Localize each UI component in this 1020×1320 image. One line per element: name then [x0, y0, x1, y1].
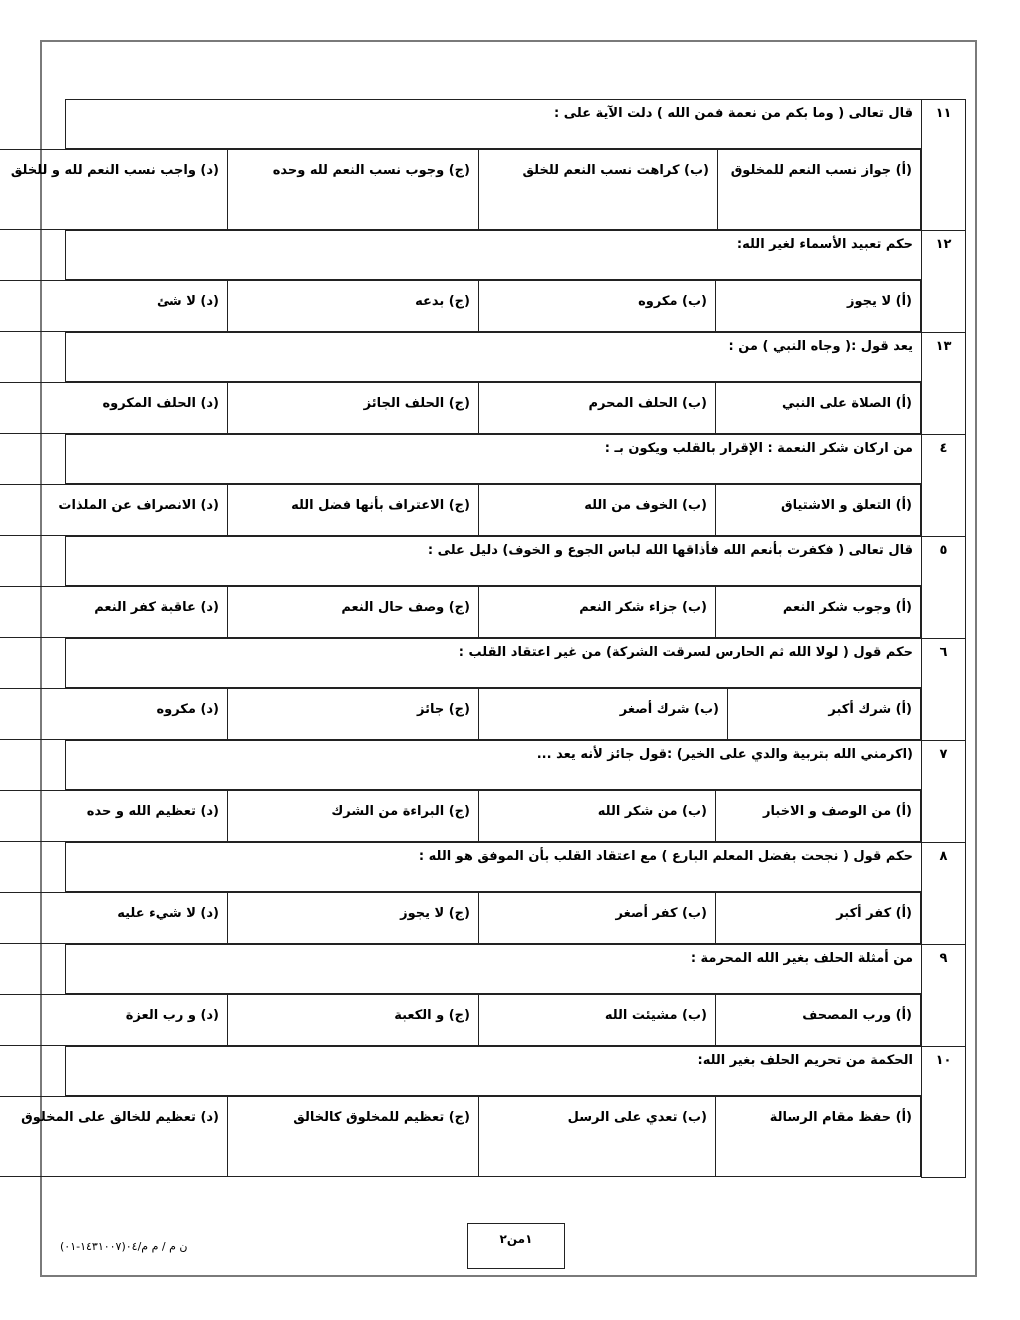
- answer-option-d[interactable]: (د) لا شئ: [0, 281, 228, 332]
- answer-option-c[interactable]: (ج) البراءة من الشرك: [228, 791, 479, 842]
- options-row: (أ) جواز نسب النعم للمخلوق(ب) كراهت نسب …: [66, 149, 966, 231]
- question-text: حكم قول ( نجحت بفضل المعلم البارع ) مع ا…: [66, 843, 922, 892]
- answer-option-a[interactable]: (أ) كفر أكبر: [716, 893, 921, 944]
- page-indicator: ١من٢: [467, 1223, 565, 1269]
- options-row: (أ) وجوب شكر النعم(ب) جزاء شكر النعم(ج) …: [66, 586, 966, 639]
- options-row: (أ) الصلاة على النبي(ب) الحلف المحرم(ج) …: [66, 382, 966, 435]
- answer-option-b[interactable]: (ب) مشيئت الله: [479, 995, 716, 1046]
- answer-option-b[interactable]: (ب) شرك أصغر: [479, 689, 728, 740]
- answer-option-d[interactable]: (د) عاقبة كفر النعم: [0, 587, 228, 638]
- question-row: ٩من أمثلة الحلف بغير الله المحرمة :: [66, 945, 966, 994]
- answer-option-c[interactable]: (ج) وصف حال النعم: [228, 587, 479, 638]
- answer-option-a[interactable]: (أ) جواز نسب النعم للمخلوق: [718, 150, 921, 230]
- question-number: ٤: [922, 435, 966, 537]
- answer-option-c[interactable]: (ج) وجوب نسب النعم لله وحده: [228, 150, 479, 230]
- answer-option-a[interactable]: (أ) شرك أكبر: [728, 689, 921, 740]
- question-row: ٨حكم قول ( نجحت بفضل المعلم البارع ) مع …: [66, 843, 966, 892]
- question-row: ٦حكم قول ( لولا الله ثم الحارس لسرقت الش…: [66, 639, 966, 688]
- answer-option-c[interactable]: (ج) تعظيم للمخلوق كالخالق: [228, 1097, 479, 1177]
- answer-option-b[interactable]: (ب) مكروه: [479, 281, 716, 332]
- answer-option-d[interactable]: (د) تعظيم الله و حده: [0, 791, 228, 842]
- question-row: ٤من اركان شكر النعمة : الإقرار بالقلب وي…: [66, 435, 966, 484]
- answer-option-a[interactable]: (أ) الصلاة على النبي: [716, 383, 921, 434]
- options-row: (أ) لا يجوز(ب) مكروه(ج) بدعه(د) لا شئ: [66, 280, 966, 333]
- answer-option-a[interactable]: (أ) ورب المصحف: [716, 995, 921, 1046]
- question-row: ١٣يعد قول :( وجاه النبي ) من :: [66, 333, 966, 382]
- answer-option-a[interactable]: (أ) من الوصف و الاخبار: [716, 791, 921, 842]
- question-number: ٨: [922, 843, 966, 945]
- answer-option-c[interactable]: (ج) الاعتراف بأنها فضل الله: [228, 485, 479, 536]
- answer-option-c[interactable]: (ج) لا يجوز: [228, 893, 479, 944]
- question-text: قال تعالى ( فكفرت بأنعم الله فأذاقها الل…: [66, 537, 922, 586]
- options-row: (أ) حفظ مقام الرسالة(ب) تعدي على الرسل(ج…: [66, 1096, 966, 1178]
- answer-option-b[interactable]: (ب) الخوف من الله: [479, 485, 716, 536]
- question-text: (اكرمني الله بتربية والدي على الخير) :قو…: [66, 741, 922, 790]
- options-row: (أ) التعلق و الاشتياق(ب) الخوف من الله(ج…: [66, 484, 966, 537]
- question-row: ١٠الحكمة من تحريم الحلف بغير الله:: [66, 1047, 966, 1096]
- question-text: الحكمة من تحريم الحلف بغير الله:: [66, 1047, 922, 1096]
- question-text: قال تعالى ( وما بكم من نعمة فمن الله ) د…: [66, 100, 922, 149]
- question-text: من أمثلة الحلف بغير الله المحرمة :: [66, 945, 922, 994]
- question-row: ٧(اكرمني الله بتربية والدي على الخير) :ق…: [66, 741, 966, 790]
- answer-option-d[interactable]: (د) لا شيء عليه: [0, 893, 228, 944]
- answer-option-d[interactable]: (د) مكروه: [0, 689, 228, 740]
- question-row: ١١قال تعالى ( وما بكم من نعمة فمن الله )…: [66, 100, 966, 149]
- answer-option-c[interactable]: (ج) الحلف الجائز: [228, 383, 479, 434]
- answer-option-b[interactable]: (ب) جزاء شكر النعم: [479, 587, 716, 638]
- answer-option-d[interactable]: (د) واجب نسب النعم لله و للخلق: [0, 150, 228, 230]
- question-text: من اركان شكر النعمة : الإقرار بالقلب ويك…: [66, 435, 922, 484]
- answer-option-a[interactable]: (أ) لا يجوز: [716, 281, 921, 332]
- question-text: حكم تعبيد الأسماء لغير الله:: [66, 231, 922, 280]
- answer-option-d[interactable]: (د) الحلف المكروه: [0, 383, 228, 434]
- options-row: (أ) كفر أكبر(ب) كفر أصغر(ج) لا يجوز(د) ل…: [66, 892, 966, 945]
- answer-option-b[interactable]: (ب) الحلف المحرم: [479, 383, 716, 434]
- answer-option-a[interactable]: (أ) التعلق و الاشتياق: [716, 485, 921, 536]
- question-text: حكم قول ( لولا الله ثم الحارس لسرقت الشر…: [66, 639, 922, 688]
- answer-option-b[interactable]: (ب) كفر أصغر: [479, 893, 716, 944]
- questions-table: ١١قال تعالى ( وما بكم من نعمة فمن الله )…: [65, 99, 966, 1178]
- question-number: ١٣: [922, 333, 966, 435]
- question-number: ٧: [922, 741, 966, 843]
- answer-option-b[interactable]: (ب) من شكر الله: [479, 791, 716, 842]
- question-number: ١١: [922, 100, 966, 231]
- question-number: ٦: [922, 639, 966, 741]
- question-number: ٩: [922, 945, 966, 1047]
- answer-option-c[interactable]: (ج) بدعه: [228, 281, 479, 332]
- answer-option-c[interactable]: (ج) جائز: [228, 689, 479, 740]
- question-row: ١٢حكم تعبيد الأسماء لغير الله:: [66, 231, 966, 280]
- answer-option-a[interactable]: (أ) وجوب شكر النعم: [716, 587, 921, 638]
- answer-option-d[interactable]: (د) الانصراف عن الملذات: [0, 485, 228, 536]
- question-number: ١٠: [922, 1047, 966, 1178]
- answer-option-d[interactable]: (د) و رب العزة: [0, 995, 228, 1046]
- answer-option-d[interactable]: (د) تعظيم للخالق على المخلوق: [0, 1097, 228, 1177]
- form-code: ن م / م م/٠٤(١٤٣١٠٠٧-٠١): [60, 1240, 188, 1253]
- options-row: (أ) ورب المصحف(ب) مشيئت الله(ج) و الكعبة…: [66, 994, 966, 1047]
- question-number: ١٢: [922, 231, 966, 333]
- question-row: ٥قال تعالى ( فكفرت بأنعم الله فأذاقها ال…: [66, 537, 966, 586]
- answer-option-c[interactable]: (ج) و الكعبة: [228, 995, 479, 1046]
- question-number: ٥: [922, 537, 966, 639]
- question-text: يعد قول :( وجاه النبي ) من :: [66, 333, 922, 382]
- answer-option-a[interactable]: (أ) حفظ مقام الرسالة: [716, 1097, 921, 1177]
- answer-option-b[interactable]: (ب) تعدي على الرسل: [479, 1097, 716, 1177]
- answer-option-b[interactable]: (ب) كراهت نسب النعم للخلق: [479, 150, 718, 230]
- options-row: (أ) شرك أكبر(ب) شرك أصغر(ج) جائز(د) مكرو…: [66, 688, 966, 741]
- options-row: (أ) من الوصف و الاخبار(ب) من شكر الله(ج)…: [66, 790, 966, 843]
